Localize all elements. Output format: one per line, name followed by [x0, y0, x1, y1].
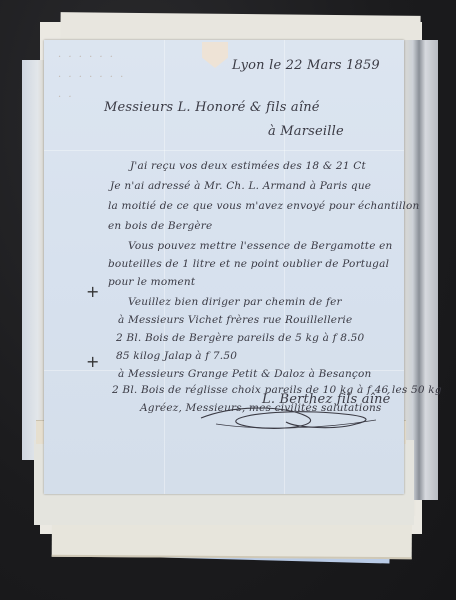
- margin-cross-mark: +: [86, 282, 99, 301]
- recipient-line: Messieurs L. Honoré & fils aîné: [104, 100, 320, 115]
- body-line: 85 kilog Jalap à f 7.50: [116, 350, 237, 362]
- body-line: pour le moment: [108, 276, 195, 288]
- signature-flourish: [196, 404, 386, 434]
- body-line: la moitié de ce que vous m'avez envoyé p…: [108, 200, 419, 212]
- body-line: Veuillez bien diriger par chemin de fer: [128, 296, 342, 308]
- body-line: Vous pouvez mettre l'essence de Bergamot…: [128, 240, 393, 252]
- bleedthrough-line: · · · · · ·: [58, 48, 176, 68]
- margin-cross-mark: +: [86, 352, 99, 371]
- body-line: à Messieurs Vichet frères rue Rouillelle…: [118, 314, 352, 326]
- body-line: Je n'ai adressé à Mr. Ch. L. Armand à Pa…: [110, 180, 371, 192]
- fold-line: [44, 150, 404, 151]
- body-line: bouteilles de 1 litre et ne point oublie…: [108, 258, 389, 270]
- body-line: J'ai reçu vos deux estimées des 18 & 21 …: [130, 160, 366, 172]
- bleedthrough-line: · · · · · · ·: [58, 68, 176, 88]
- bleedthrough-text: · · · · · · · · · · · · · · ·: [58, 48, 176, 108]
- body-line: en bois de Bergère: [108, 220, 212, 232]
- destination-line: à Marseille: [268, 124, 344, 139]
- date-line: Lyon le 22 Mars 1859: [232, 58, 380, 73]
- body-line: à Messieurs Grange Petit & Daloz à Besan…: [118, 368, 371, 380]
- body-line: 2 Bl. Bois de Bergère pareils de 5 kg à …: [116, 332, 364, 344]
